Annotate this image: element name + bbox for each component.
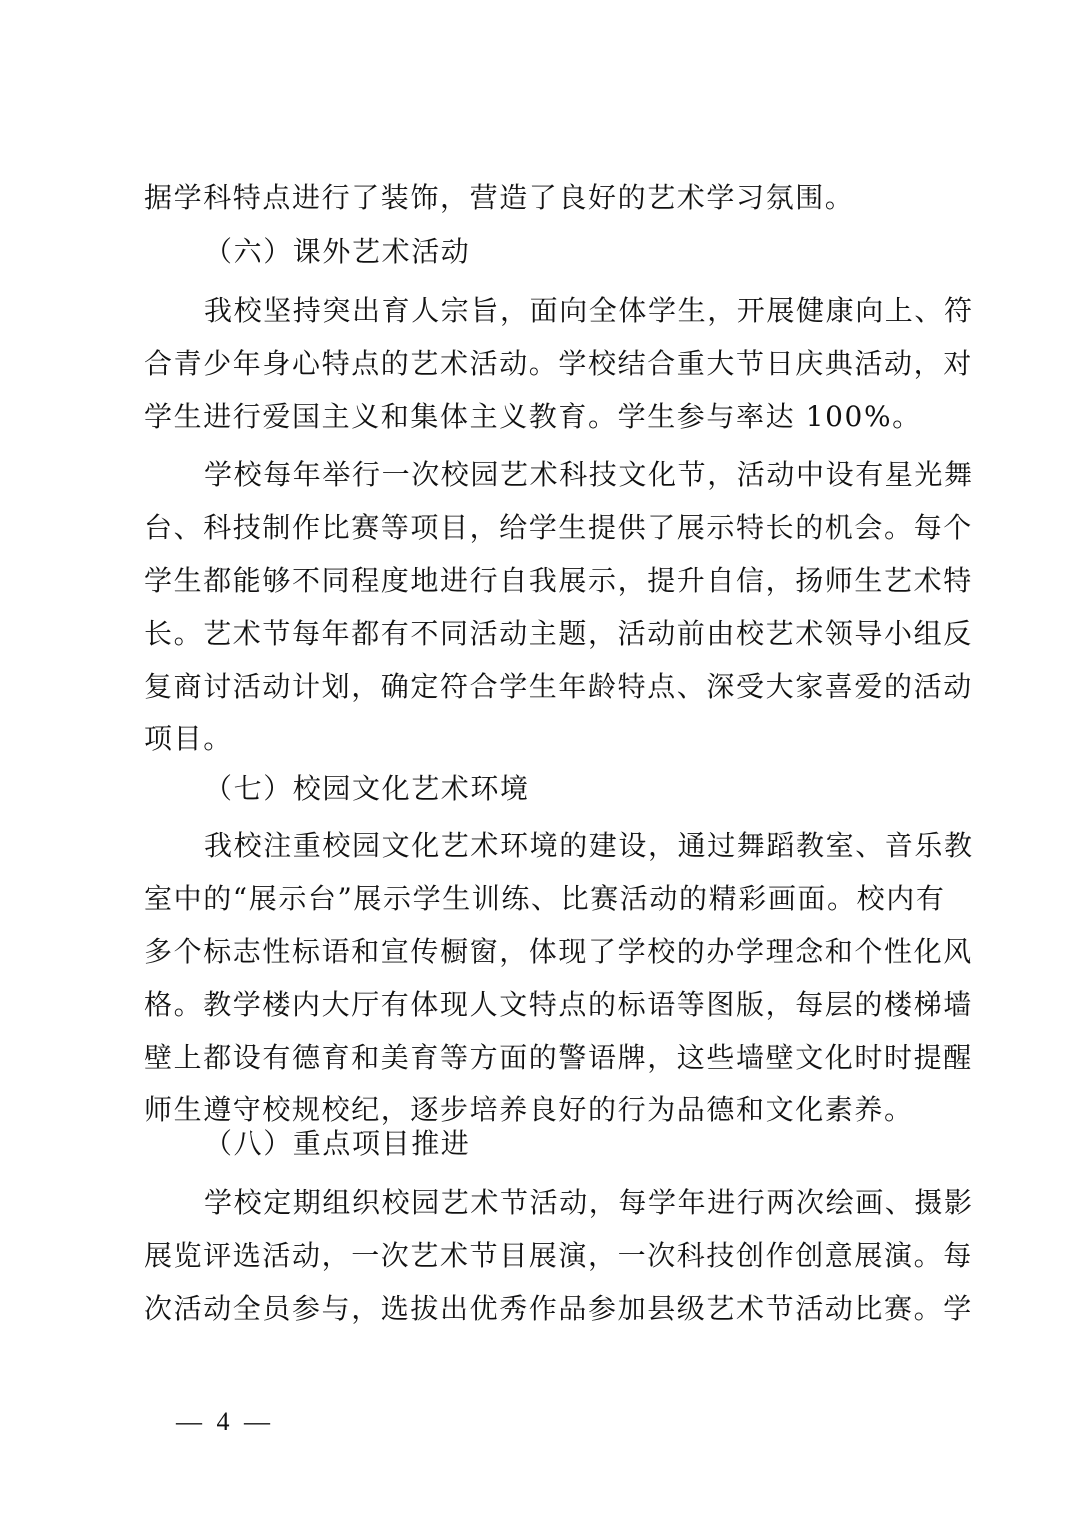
paragraph-line: 复商讨活动计划，确定符合学生年龄特点、深受大家喜爱的活动 [144,667,944,707]
paragraph-line: 学校定期组织校园艺术节活动，每学年进行两次绘画、摄影 [204,1183,944,1223]
paragraph-line: 展览评选活动，一次艺术节目展演，一次科技创作创意展演。每 [144,1236,944,1276]
paragraph-line: 我校注重校园文化艺术环境的建设，通过舞蹈教室、音乐教 [204,826,944,866]
paragraph-line: 据学科特点进行了装饰，营造了良好的艺术学习氛围。 [144,178,944,218]
paragraph-line: 我校坚持突出育人宗旨，面向全体学生，开展健康向上、符 [204,291,944,331]
section-heading-6: （六）课外艺术活动 [204,232,1004,272]
paragraph-line: 长。艺术节每年都有不同活动主题，活动前由校艺术领导小组反 [144,614,944,654]
paragraph-line: 次活动全员参与，选拔出优秀作品参加县级艺术节活动比赛。学 [144,1289,944,1329]
paragraph-line: 格。教学楼内大厅有体现人文特点的标语等图版，每层的楼梯墙 [144,985,944,1025]
paragraph-line: 室中的“展示台”展示学生训练、比赛活动的精彩画面。校内有 [144,879,944,919]
document-page: 据学科特点进行了装饰，营造了良好的艺术学习氛围。 （六）课外艺术活动 我校坚持突… [0,0,1080,1527]
paragraph-line: 学生都能够不同程度地进行自我展示，提升自信，扬师生艺术特 [144,561,944,601]
paragraph-line: 多个标志性标语和宣传橱窗，体现了学校的办学理念和个性化风 [144,932,944,972]
paragraph-line: 台、科技制作比赛等项目，给学生提供了展示特长的机会。每个 [144,508,944,548]
section-heading-8: （八）重点项目推进 [204,1124,1004,1164]
paragraph-line: 项目。 [144,719,944,759]
paragraph-line: 学校每年举行一次校园艺术科技文化节，活动中设有星光舞 [204,455,944,495]
section-heading-7: （七）校园文化艺术环境 [204,769,1004,809]
paragraph-line: 壁上都设有德育和美育等方面的警语牌，这些墙壁文化时时提醒 [144,1038,944,1078]
page-number: — 4 — [176,1404,274,1440]
paragraph-line: 合青少年身心特点的艺术活动。学校结合重大节日庆典活动，对 [144,344,944,384]
paragraph-line: 学生进行爱国主义和集体主义教育。学生参与率达 100%。 [144,397,944,437]
